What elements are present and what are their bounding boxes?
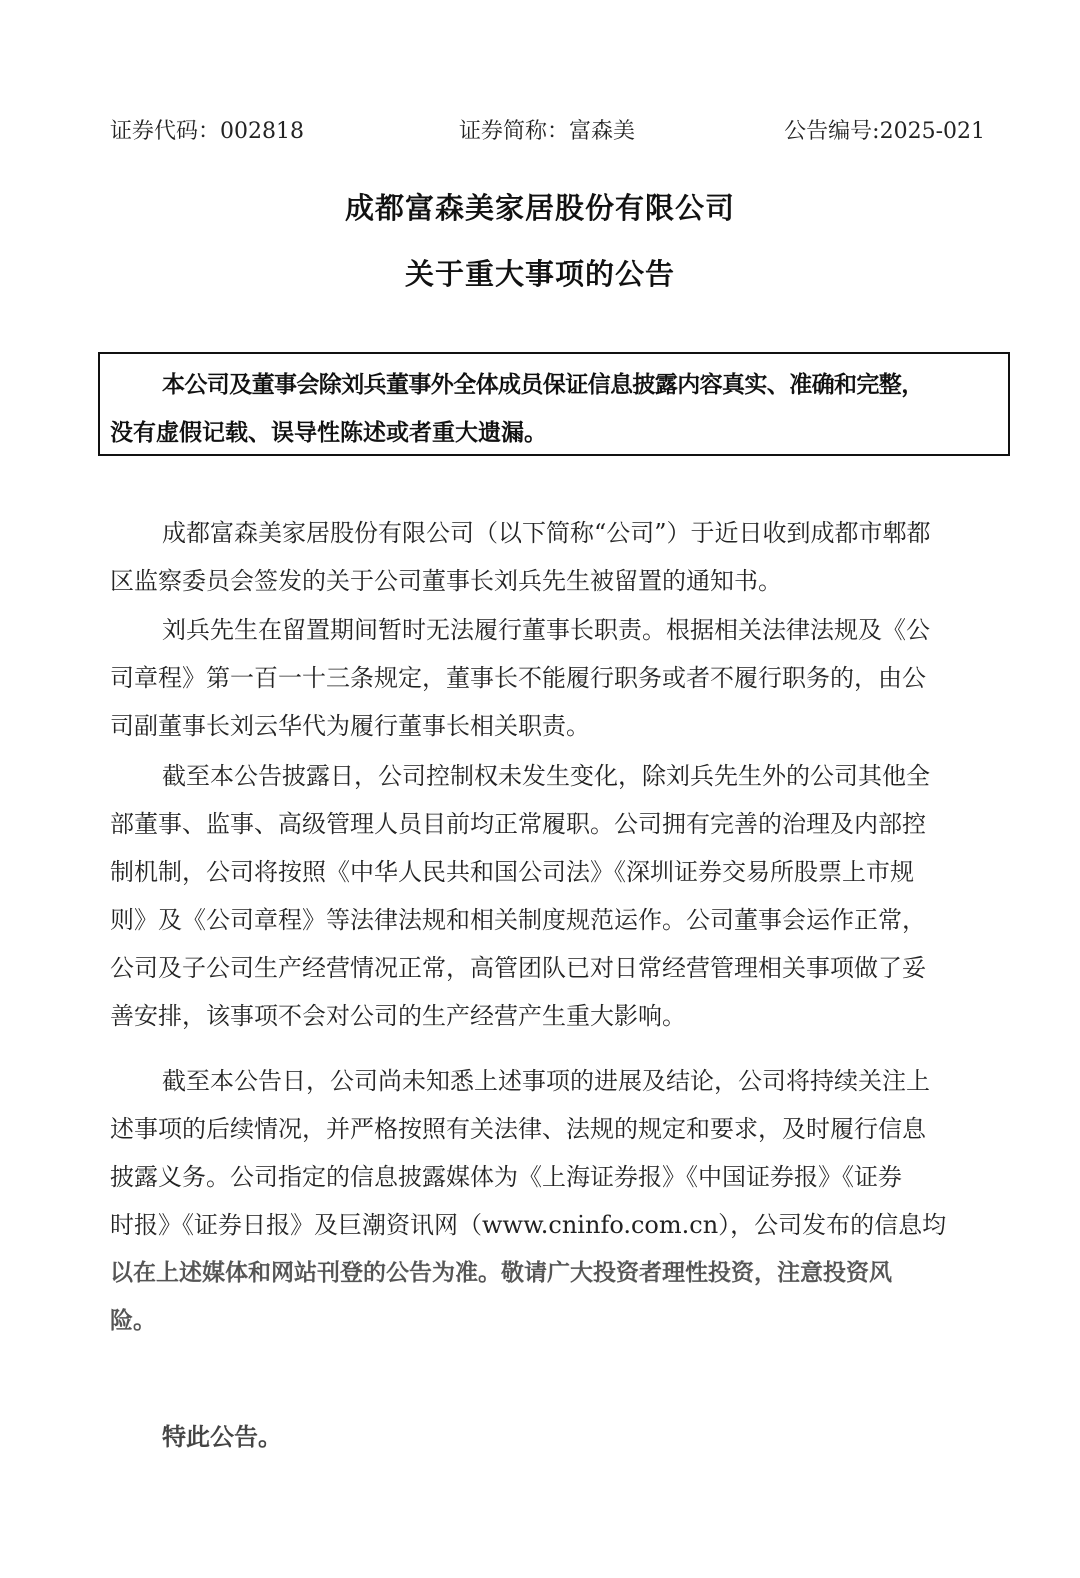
paragraph-line: 截至本公告披露日，公司控制权未发生变化，除刘兵先生外的公司其他全 (110, 752, 995, 800)
paragraph-line: 则》及《公司章程》等法律法规和相关制度规范运作。公司董事会运作正常， (110, 896, 995, 944)
paragraph-line: 截至本公告日，公司尚未知悉上述事项的进展及结论，公司将持续关注上 (110, 1057, 995, 1105)
paragraph-line: 披露义务。公司指定的信息披露媒体为《上海证券报》《中国证券报》《证券 (110, 1153, 995, 1201)
stock-code: 证券代码：002818 (110, 114, 304, 145)
paragraph-duties: 刘兵先生在留置期间暂时无法履行董事长职责。根据相关法律法规及《公 司章程》第一百… (110, 606, 995, 750)
disclaimer-line: 没有虚假记载、误导性陈述或者重大遗漏。 (110, 414, 547, 447)
paragraph-operations: 截至本公告披露日，公司控制权未发生变化，除刘兵先生外的公司其他全 部董事、监事、… (110, 752, 995, 1040)
announcement-header: 证券代码：002818 证券简称：富森美 公告编号:2025-021 (110, 114, 985, 148)
paragraph-line: 司章程》第一百一十三条规定，董事长不能履行职务或者不履行职务的，由公 (110, 654, 995, 702)
paragraph-disclosure: 截至本公告日，公司尚未知悉上述事项的进展及结论，公司将持续关注上 述事项的后续情… (110, 1057, 995, 1345)
announcement-subject: 关于重大事项的公告 (0, 252, 1080, 293)
paragraph-line: 部董事、监事、高级管理人员目前均正常履职。公司拥有完善的治理及内部控 (110, 800, 995, 848)
announcement-number: 公告编号:2025-021 (784, 114, 985, 145)
disclaimer-line: 本公司及董事会除刘兵董事外全体成员保证信息披露内容真实、准确和完整， (162, 366, 924, 399)
paragraph-line: 制机制，公司将按照《中华人民共和国公司法》《深圳证券交易所股票上市规 (110, 848, 995, 896)
paragraph-line: 公司及子公司生产经营情况正常，高管团队已对日常经营管理相关事项做了妥 (110, 944, 995, 992)
disclaimer-box: 本公司及董事会除刘兵董事外全体成员保证信息披露内容真实、准确和完整， 没有虚假记… (98, 352, 1010, 456)
paragraph-line: 司副董事长刘云华代为履行董事长相关职责。 (110, 702, 995, 750)
stock-abbreviation: 证券简称：富森美 (459, 114, 635, 145)
paragraph-line: 善安排，该事项不会对公司的生产经营产生重大影响。 (110, 992, 995, 1040)
paragraph-line: 述事项的后续情况，并严格按照有关法律、法规的规定和要求，及时履行信息 (110, 1105, 995, 1153)
paragraph-line: 时报》《证券日报》及巨潮资讯网（www.cninfo.com.cn），公司发布的… (110, 1201, 995, 1249)
closing-statement: 特此公告。 (162, 1417, 282, 1452)
company-title: 成都富森美家居股份有限公司 (0, 186, 1080, 227)
paragraph-line: 险。 (110, 1297, 995, 1345)
paragraph-line: 以在上述媒体和网站刊登的公告为准。敬请广大投资者理性投资，注意投资风 (110, 1249, 995, 1297)
paragraph-line: 刘兵先生在留置期间暂时无法履行董事长职责。根据相关法律法规及《公 (110, 606, 995, 654)
paragraph-line: 成都富森美家居股份有限公司（以下简称“公司”）于近日收到成都市郫都 (110, 509, 995, 557)
paragraph-notification: 成都富森美家居股份有限公司（以下简称“公司”）于近日收到成都市郫都 区监察委员会… (110, 509, 995, 605)
paragraph-line: 区监察委员会签发的关于公司董事长刘兵先生被留置的通知书。 (110, 557, 995, 605)
